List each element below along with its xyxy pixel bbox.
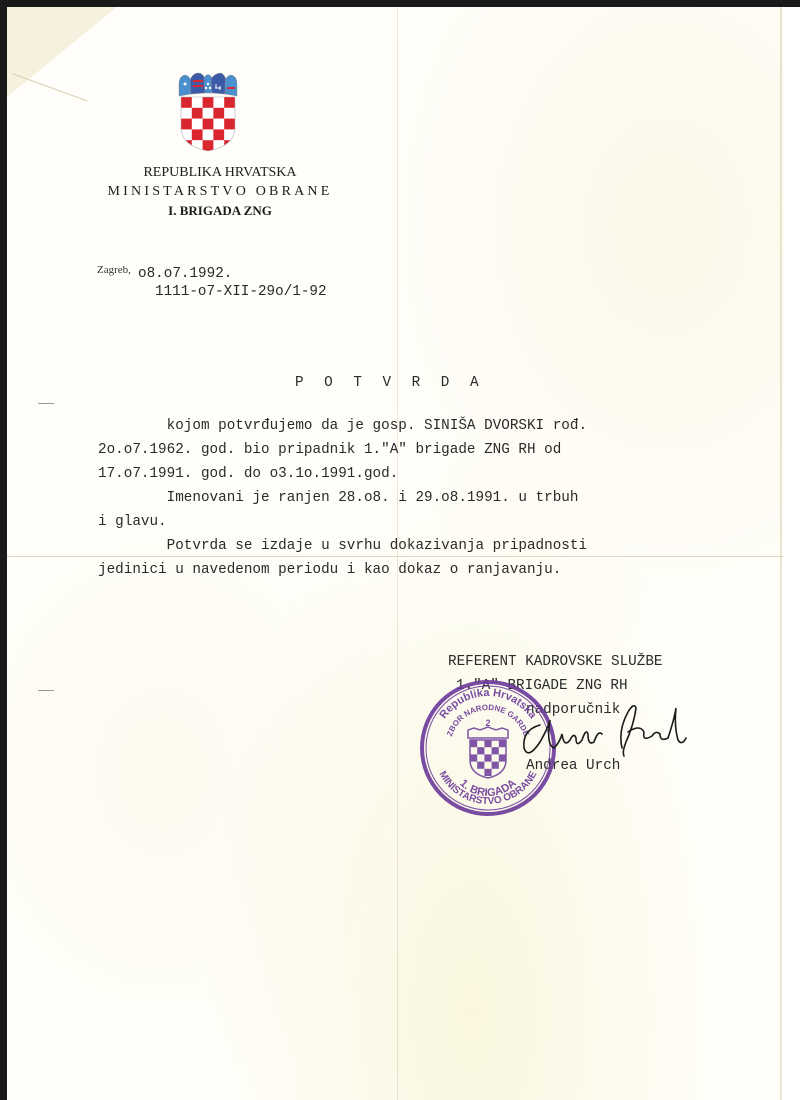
- letterhead-unit: I. BRIGADA ZNG: [80, 203, 360, 219]
- signatory-title: REFERENT KADROVSKE SLUŽBE: [448, 654, 663, 670]
- body-line: Potvrda se izdaje u svrhu dokazivanja pr…: [98, 538, 587, 554]
- scan-mark: [38, 403, 54, 404]
- paper-right-edge: [780, 7, 782, 1100]
- horizontal-fold-line: [7, 556, 783, 557]
- body-line: Imenovani je ranjen 28.o8. i 29.o8.1991.…: [98, 490, 578, 506]
- document-date: o8.o7.1992.: [138, 266, 232, 282]
- document-title: P O T V R D A: [295, 375, 485, 391]
- folded-corner: [7, 7, 117, 97]
- body-line: 2o.o7.1962. god. bio pripadnik 1."A" bri…: [98, 442, 561, 458]
- scan-mark: [38, 690, 54, 691]
- body-line: kojom potvrđujemo da je gosp. SINIŠA DVO…: [98, 418, 587, 434]
- letterhead-country: REPUBLIKA HRVATSKA: [80, 165, 360, 181]
- handwritten-signature: [510, 690, 690, 770]
- place-label: Zagreb,: [97, 264, 131, 276]
- body-line: 17.o7.1991. god. do o3.1o.1991.god.: [98, 466, 398, 482]
- reference-number: 1111-o7-XII-29o/1-92: [155, 284, 327, 300]
- coat-of-arms-icon: [177, 72, 239, 152]
- letterhead-ministry: MINISTARSTVO OBRANE: [80, 184, 360, 200]
- body-line: jedinici u navedenom periodu i kao dokaz…: [98, 562, 561, 578]
- body-line: i glavu.: [98, 514, 167, 530]
- scan-margin: [783, 7, 800, 1100]
